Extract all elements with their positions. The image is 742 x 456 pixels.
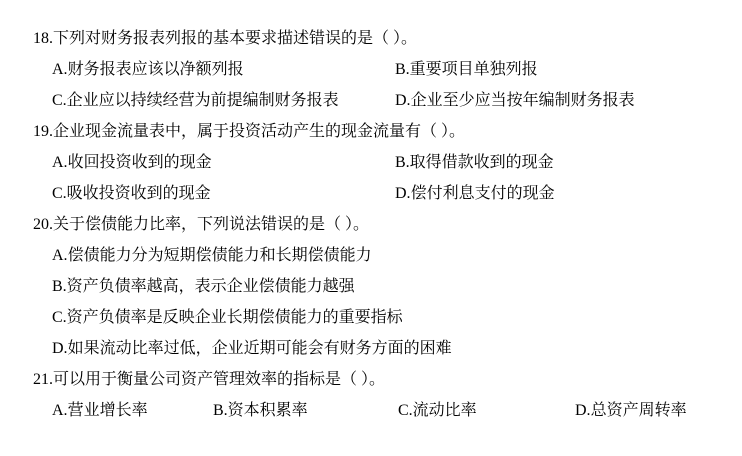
question-20-option-b: B.资产负债率越高，表示企业偿债能力越强 — [52, 271, 732, 302]
question-19-option-b: B.取得借款收到的现金 — [395, 147, 554, 178]
question-21-stem: 21.可以用于衡量公司资产管理效率的指标是（ ）。 — [33, 364, 732, 395]
option-label: B. — [395, 154, 410, 171]
question-19-text: 企业现金流量表中，属于投资活动产生的现金流量有（ ）。 — [53, 123, 465, 140]
question-19-option-d: D.偿付利息支付的现金 — [395, 178, 555, 209]
option-text: 吸收投资收到的现金 — [67, 185, 211, 202]
question-18-options: A.财务报表应该以净额列报 B.重要项目单独列报 C.企业应以持续经营为前提编制… — [33, 54, 732, 116]
question-18-option-c: C.企业应以持续经营为前提编制财务报表 — [52, 85, 395, 116]
option-text: 收回投资收到的现金 — [68, 154, 212, 171]
option-text: 流动比率 — [413, 402, 477, 419]
question-20-option-a: A.偿债能力分为短期偿债能力和长期偿债能力 — [52, 240, 732, 271]
question-21-option-c: C.流动比率 — [398, 395, 575, 426]
option-label: C. — [52, 309, 67, 326]
question-21-option-b: B.资本积累率 — [213, 395, 398, 426]
option-label: D. — [395, 185, 411, 202]
exam-page: 18.下列对财务报表列报的基本要求描述错误的是（ ）。 A.财务报表应该以净额列… — [0, 0, 742, 456]
option-text: 如果流动比率过低，企业近期可能会有财务方面的困难 — [68, 340, 452, 357]
question-18-option-b: B.重要项目单独列报 — [395, 54, 538, 85]
option-text: 企业应以持续经营为前提编制财务报表 — [67, 92, 339, 109]
option-label: D. — [395, 92, 411, 109]
question-19-option-a: A.收回投资收到的现金 — [52, 147, 395, 178]
option-label: C. — [52, 92, 67, 109]
question-21-options: A.营业增长率 B.资本积累率 C.流动比率 D.总资产周转率 — [33, 395, 732, 426]
option-text: 偿债能力分为短期偿债能力和长期偿债能力 — [68, 247, 372, 264]
option-text: 偿付利息支付的现金 — [411, 185, 555, 202]
option-text: 资产负债率是反映企业长期偿债能力的重要指标 — [67, 309, 403, 326]
question-19: 19.企业现金流量表中，属于投资活动产生的现金流量有（ ）。 A.收回投资收到的… — [33, 116, 732, 209]
option-label: C. — [398, 402, 413, 419]
question-19-options: A.收回投资收到的现金 B.取得借款收到的现金 C.吸收投资收到的现金 D.偿付… — [33, 147, 732, 209]
option-label: B. — [213, 402, 228, 419]
question-21-number: 21. — [33, 371, 53, 388]
question-18-option-a: A.财务报表应该以净额列报 — [52, 54, 395, 85]
question-20-options: A.偿债能力分为短期偿债能力和长期偿债能力 B.资产负债率越高，表示企业偿债能力… — [33, 240, 732, 364]
question-21-text: 可以用于衡量公司资产管理效率的指标是（ ）。 — [53, 371, 385, 388]
option-text: 财务报表应该以净额列报 — [68, 61, 244, 78]
option-text: 总资产周转率 — [591, 402, 687, 419]
question-21-option-d: D.总资产周转率 — [575, 395, 687, 426]
question-19-number: 19. — [33, 123, 53, 140]
option-label: C. — [52, 185, 67, 202]
option-label: D. — [575, 402, 591, 419]
question-18-number: 18. — [33, 30, 53, 47]
question-20-number: 20. — [33, 216, 53, 233]
question-18-option-d: D.企业至少应当按年编制财务报表 — [395, 85, 635, 116]
question-18-text: 下列对财务报表列报的基本要求描述错误的是（ ）。 — [53, 30, 417, 47]
option-text: 取得借款收到的现金 — [410, 154, 554, 171]
question-20-stem: 20.关于偿债能力比率，下列说法错误的是（ ）。 — [33, 209, 732, 240]
option-text: 企业至少应当按年编制财务报表 — [411, 92, 635, 109]
question-20: 20.关于偿债能力比率，下列说法错误的是（ ）。 A.偿债能力分为短期偿债能力和… — [33, 209, 732, 364]
option-text: 资产负债率越高，表示企业偿债能力越强 — [67, 278, 355, 295]
question-21: 21.可以用于衡量公司资产管理效率的指标是（ ）。 A.营业增长率 B.资本积累… — [33, 364, 732, 426]
question-20-option-c: C.资产负债率是反映企业长期偿债能力的重要指标 — [52, 302, 732, 333]
question-20-text: 关于偿债能力比率，下列说法错误的是（ ）。 — [53, 216, 369, 233]
question-19-option-c: C.吸收投资收到的现金 — [52, 178, 395, 209]
question-19-stem: 19.企业现金流量表中，属于投资活动产生的现金流量有（ ）。 — [33, 116, 732, 147]
question-20-option-d: D.如果流动比率过低，企业近期可能会有财务方面的困难 — [52, 333, 732, 364]
option-label: A. — [52, 402, 68, 419]
question-21-option-a: A.营业增长率 — [52, 395, 213, 426]
option-label: D. — [52, 340, 68, 357]
question-18: 18.下列对财务报表列报的基本要求描述错误的是（ ）。 A.财务报表应该以净额列… — [33, 23, 732, 116]
option-label: B. — [52, 278, 67, 295]
option-label: A. — [52, 247, 68, 264]
option-text: 资本积累率 — [228, 402, 308, 419]
option-label: A. — [52, 154, 68, 171]
option-text: 重要项目单独列报 — [410, 61, 538, 78]
question-18-stem: 18.下列对财务报表列报的基本要求描述错误的是（ ）。 — [33, 23, 732, 54]
option-text: 营业增长率 — [68, 402, 148, 419]
option-label: B. — [395, 61, 410, 78]
option-label: A. — [52, 61, 68, 78]
